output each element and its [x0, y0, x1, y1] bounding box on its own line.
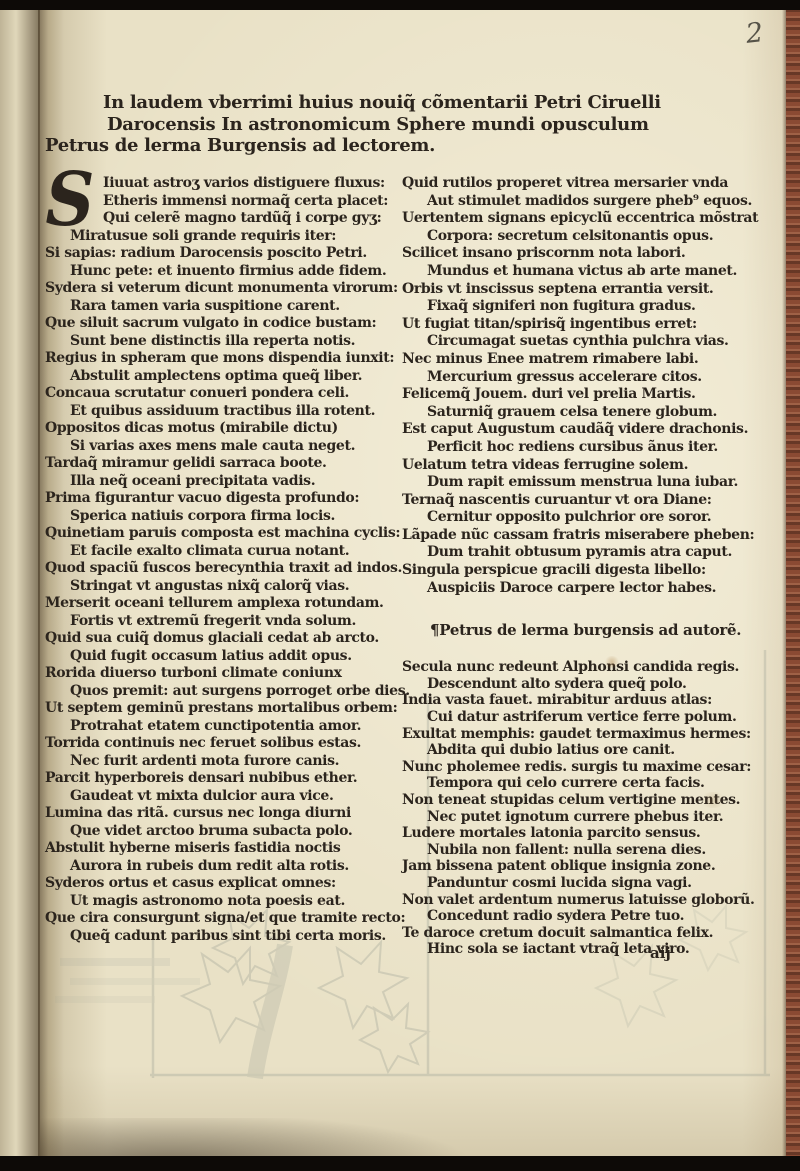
verse-line: Nec furit ardenti mota furore canis.: [70, 753, 403, 771]
folio-number: 2: [745, 19, 765, 48]
verse-line: Si varias axes mens male cauta neget.: [70, 438, 403, 456]
photo-border-top: [0, 0, 800, 10]
verse-line: India vasta fauet. mirabitur arduus atla…: [402, 692, 784, 709]
verse-line: Quos premit: aut surgens porroget orbe d…: [70, 683, 403, 701]
drop-cap-initial: S: [45, 171, 98, 233]
verse-line: Uelatum tetra videas ferrugine solem.: [402, 457, 784, 475]
verse-line: Tardaq̃ miramur gelidi sarraca boote.: [45, 455, 403, 473]
verse-line: Abstulit hyberne miseris fastidia noctis: [45, 840, 403, 858]
verse-line: Merserit oceani tellurem amplexa rotunda…: [45, 595, 403, 613]
verse-line: Dum trahit obtusum pyramis atra caput.: [427, 544, 784, 562]
poem-left-column: S Iiuuat astroʒ varios distiguere fluxus…: [45, 175, 403, 945]
verse-line: Descendunt alto sydera queq̃ polo.: [427, 676, 784, 693]
verse-line: Prima figurantur vacuo digesta profundo:: [45, 490, 403, 508]
verse-line: Ut septem geminũ prestans mortalibus orb…: [45, 700, 403, 718]
verse-line: Circumagat suetas cynthia pulchra vias.: [427, 333, 784, 351]
verse-line: Aut stimulet madidos surgere pheb⁹ equos…: [427, 193, 784, 211]
verse-line: Quod spaciũ fuscos berecynthia traxit ad…: [45, 560, 403, 578]
verse-line: Nubila non fallent: nulla serena dies.: [427, 842, 784, 859]
verse-line: Dum rapit emissum menstrua luna iubar.: [427, 474, 784, 492]
verse-line: Ternaq̃ nascentis curuantur vt ora Diane…: [402, 492, 784, 510]
verse-line: Concaua scrutatur conueri pondera celi.: [45, 385, 403, 403]
verse-line: Secula nunc redeunt Alphonsi candida reg…: [402, 659, 784, 676]
verse-line: Protrahat etatem cunctipotentia amor.: [70, 718, 403, 736]
verse-line: Abstulit amplectens optima queq̃ liber.: [70, 368, 403, 386]
verse-line: Non valet ardentum numerus latuisse glob…: [402, 892, 784, 909]
second-poem: Secula nunc redeunt Alphonsi candida reg…: [402, 659, 784, 958]
verse-line: Nec minus Enee matrem rimabere labi.: [402, 351, 784, 369]
verse-line: Hunc pete: et inuento firmius adde fidem…: [70, 263, 403, 281]
scanned-book-page: 2 In laudem vberrimi huius nouiq̃ cõment…: [0, 0, 800, 1171]
verse-line: Non teneat stupidas celum vertigine ment…: [402, 792, 784, 809]
verse-line: Quid rutilos properet vitrea mersarier v…: [402, 175, 784, 193]
verse-line: Sperica natiuis corpora firma locis.: [70, 508, 403, 526]
verse-line: Regius in spheram que mons dispendia iun…: [45, 350, 403, 368]
title-line: In laudem vberrimi huius nouiq̃ cõmentar…: [103, 92, 705, 114]
poem-right-column: Quid rutilos properet vitrea mersarier v…: [402, 175, 784, 958]
verse-line: Queq̃ cadunt paribus sint tibi certa mor…: [70, 928, 403, 946]
photo-border-bottom: [0, 1156, 800, 1171]
verse-line: Que cira consurgunt signa/et que tramite…: [45, 910, 403, 928]
verse-line: Rara tamen varia suspitione carent.: [70, 298, 403, 316]
verse-line: Lãpade nũc cassam fratris miserabere phe…: [402, 527, 784, 545]
verse-line: Fortis vt extremũ fregerit vnda solum.: [70, 613, 403, 631]
verse-line: Concedunt radio sydera Petre tuo.: [427, 908, 784, 925]
verse-line: Rorida diuerso turboni climate coniunx: [45, 665, 403, 683]
verse-line: Jam bissena patent oblique insignia zone…: [402, 858, 784, 875]
verse-line: Sydera si veterum dicunt monumenta viror…: [45, 280, 403, 298]
title-line: Petrus de lerma Burgensis ad lectorem.: [45, 135, 705, 157]
verse-line: Nec putet ignotum currere phebus iter.: [427, 809, 784, 826]
verse-line: Stringat vt angustas nixq̃ calorq̃ vias.: [70, 578, 403, 596]
verse-line: Cernitur opposito pulchrior ore soror.: [427, 509, 784, 527]
verse-line: Si sapias: radium Darocensis poscito Pet…: [45, 245, 403, 263]
verse-line: Te daroce cretum docuit salmantica felix…: [402, 925, 784, 942]
verse-line: Aurora in rubeis dum redit alta rotis.: [70, 858, 403, 876]
verse-line: Iiuuat astroʒ varios distiguere fluxus:: [103, 175, 403, 193]
section-heading: ¶Petrus de lerma burgensis ad autorẽ.: [430, 621, 784, 639]
verse-line: Perficit hoc rediens cursibus ãnus iter.: [427, 439, 784, 457]
book-fore-edge: [786, 0, 800, 1171]
verse-line: Felicemq̃ Jouem. duri vel prelia Martis.: [402, 386, 784, 404]
verse-line: Que siluit sacrum vulgato in codice bust…: [45, 315, 403, 333]
verse-line: Et facile exalto climata curua notant.: [70, 543, 403, 561]
verse-line: Hinc sola se iactant vtraq̃ leta viro.: [427, 941, 784, 958]
verse-line: Est caput Augustum caudãq̃ videre dracho…: [402, 421, 784, 439]
verse-line: Etheris immensi normaq̃ certa placet:: [103, 193, 403, 211]
verse-line: Lumina das ritã. cursus nec longa diurni: [45, 805, 403, 823]
verse-line: Syderos ortus et casus explicat omnes:: [45, 875, 403, 893]
verse-line: Uertentem signans epicyclũ eccentrica mõ…: [402, 210, 784, 228]
verse-line: Auspiciis Daroce carpere lector habes.: [427, 580, 784, 598]
verse-line: Abdita qui dubio latius ore canit.: [427, 742, 784, 759]
verse-line: Sunt bene distinctis illa reperta notis.: [70, 333, 403, 351]
verse-line: Quinetiam paruis composta est machina cy…: [45, 525, 403, 543]
verse-line: Scilicet insano priscornm nota labori.: [402, 245, 784, 263]
verse-line: Miratusue soli grande requiris iter:: [70, 228, 403, 246]
verse-line: Orbis vt inscissus septena errantia vers…: [402, 281, 784, 299]
verse-line: Parcit hyperboreis densari nubibus ether…: [45, 770, 403, 788]
verse-line: Fixaq̃ signiferi non fugitura gradus.: [427, 298, 784, 316]
verse-line: Oppositos dicas motus (mirabile dictu): [45, 420, 403, 438]
verse-line: Exultat memphis: gaudet termaximus herme…: [402, 726, 784, 743]
verse-line: Ut fugiat titan/spirisq̃ ingentibus erre…: [402, 316, 784, 334]
verse-line: Ut magis astronomo nota poesis eat.: [70, 893, 403, 911]
verse-line: Et quibus assiduum tractibus illa rotent…: [70, 403, 403, 421]
verse-line: Que videt arctoo bruma subacta polo.: [70, 823, 403, 841]
title-block: In laudem vberrimi huius nouiq̃ cõmentar…: [45, 92, 705, 157]
verse-line: Quid fugit occasum latius addit opus.: [70, 648, 403, 666]
verse-line: Panduntur cosmi lucida signa vagi.: [427, 875, 784, 892]
verse-line: Nunc pholemee redis. surgis tu maxime ce…: [402, 759, 784, 776]
verse-line: Illa neq̃ oceani precipitata vadis.: [70, 473, 403, 491]
verse-line: Ludere mortales latonia parcito sensus.: [402, 825, 784, 842]
facing-page-edge: [0, 0, 40, 1171]
verse-line: Mundus et humana victus ab arte manet.: [427, 263, 784, 281]
verse-line: Singula perspicue gracili digesta libell…: [402, 562, 784, 580]
verse-line: Mercurium gressus accelerare citos.: [427, 369, 784, 387]
verse-line: Quid sua cuiq̃ domus glaciali cedat ab a…: [45, 630, 403, 648]
verse-line: Cui datur astriferum vertice ferre polum…: [427, 709, 784, 726]
verse-line: Qui celerẽ magno tardũq̃ i corpe gyʒ:: [103, 210, 403, 228]
verse-line: Tempora qui celo currere certa facis.: [427, 775, 784, 792]
verse-line: Saturniq̃ grauem celsa tenere globum.: [427, 404, 784, 422]
signature-mark: aij: [650, 945, 671, 961]
verse-line: Torrida continuis nec feruet solibus est…: [45, 735, 403, 753]
verse-line: Corpora: secretum celsitonantis opus.: [427, 228, 784, 246]
verse-line: Gaudeat vt mixta dulcior aura vice.: [70, 788, 403, 806]
title-line: Darocensis In astronomicum Sphere mundi …: [107, 114, 705, 136]
